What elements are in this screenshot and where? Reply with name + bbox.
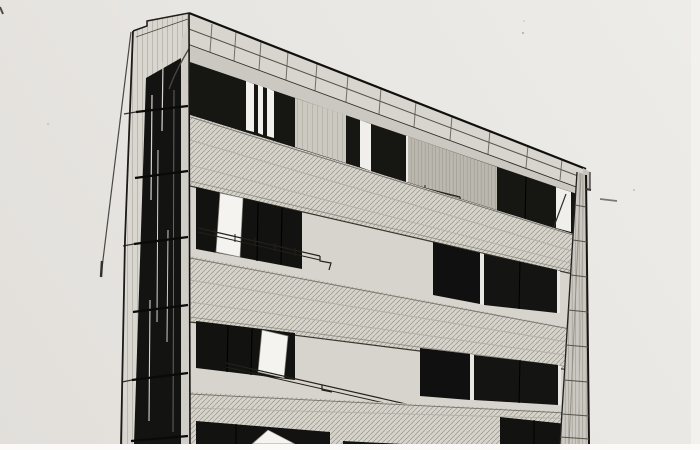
photo-bottom-strip	[0, 444, 700, 450]
front-corner-edge	[189, 13, 190, 444]
attic-sash-stripe-1	[246, 81, 254, 132]
drawing-shapes	[0, 0, 700, 450]
attic-sash-stripe-2	[258, 85, 263, 135]
attic-sash-stripe-4	[360, 120, 371, 171]
scanned-architectural-drawing	[0, 0, 700, 450]
row2-sash-stripe	[480, 253, 484, 305]
attic-sash-stripe-3	[267, 88, 274, 138]
mast-tip	[101, 261, 102, 277]
row3-window-mid	[420, 348, 470, 400]
paper-smudge	[47, 123, 50, 126]
building-perspective-drawing	[0, 0, 700, 450]
row2-right-edge-stripe	[557, 270, 560, 313]
pilaster-nub	[586, 189, 591, 190]
paper-speck-2	[523, 20, 524, 21]
paper-speck-1	[522, 32, 524, 34]
attic-corner-window	[556, 187, 571, 232]
row2-open-sash	[216, 193, 243, 257]
sky-dot	[633, 189, 635, 191]
row3-sash-stripe	[470, 354, 474, 400]
photo-right-edge	[691, 0, 700, 450]
row3-right-edge-stripe	[558, 365, 561, 405]
